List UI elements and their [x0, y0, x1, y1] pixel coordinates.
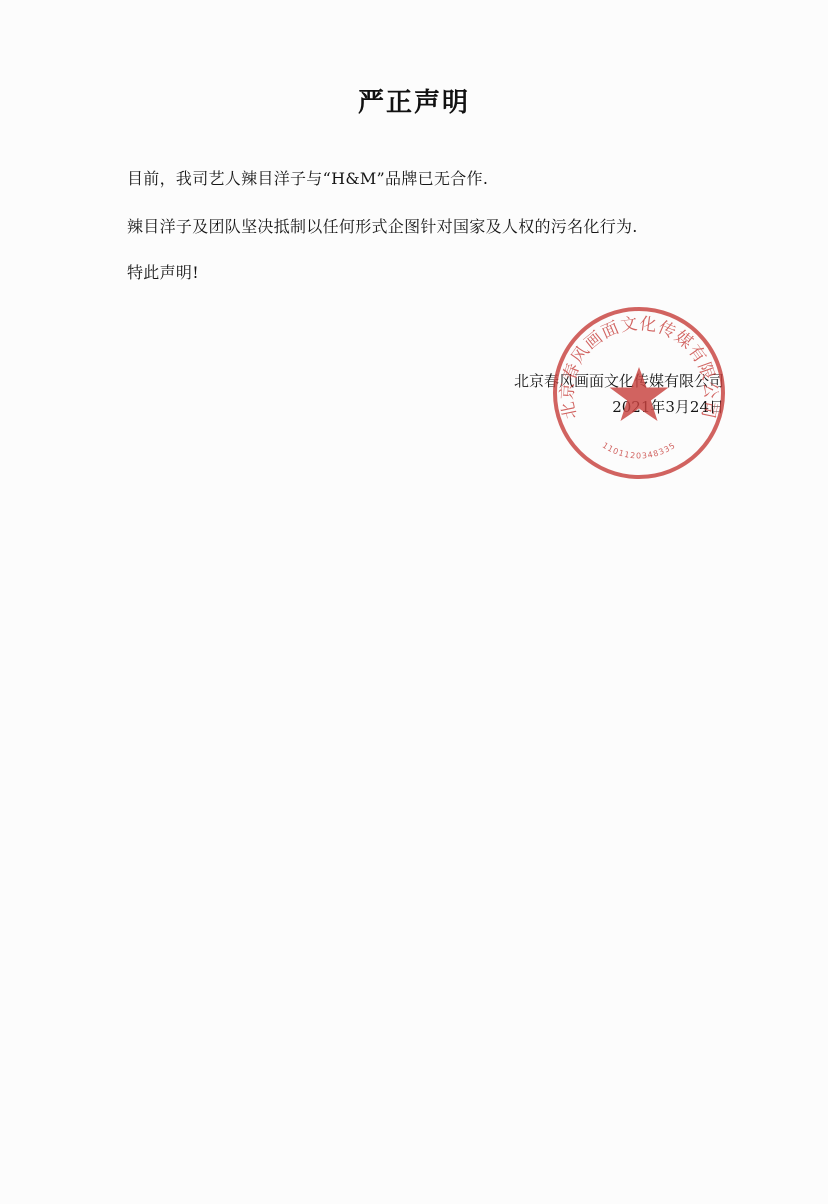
statement-paragraph-2: 辣目洋子及团队坚决抵制以任何形式企图针对国家及人权的污名化行为.	[127, 214, 638, 237]
svg-text:1101120348335: 1101120348335	[601, 441, 678, 461]
signature-block: 北京春风画面文化传媒有限公司 2021年3月24日	[514, 370, 724, 417]
document-page: 严正声明 目前，我司艺人辣目洋子与“H&M”品牌已无合作. 辣目洋子及团队坚决抵…	[0, 0, 828, 1204]
page-title: 严正声明	[0, 82, 828, 119]
stamp-number: 1101120348335	[601, 441, 678, 461]
signature-company: 北京春风画面文化传媒有限公司	[514, 370, 724, 391]
statement-paragraph-1: 目前，我司艺人辣目洋子与“H&M”品牌已无合作.	[127, 166, 488, 189]
statement-paragraph-3: 特此声明!	[127, 260, 199, 283]
signature-date: 2021年3月24日	[514, 396, 724, 417]
